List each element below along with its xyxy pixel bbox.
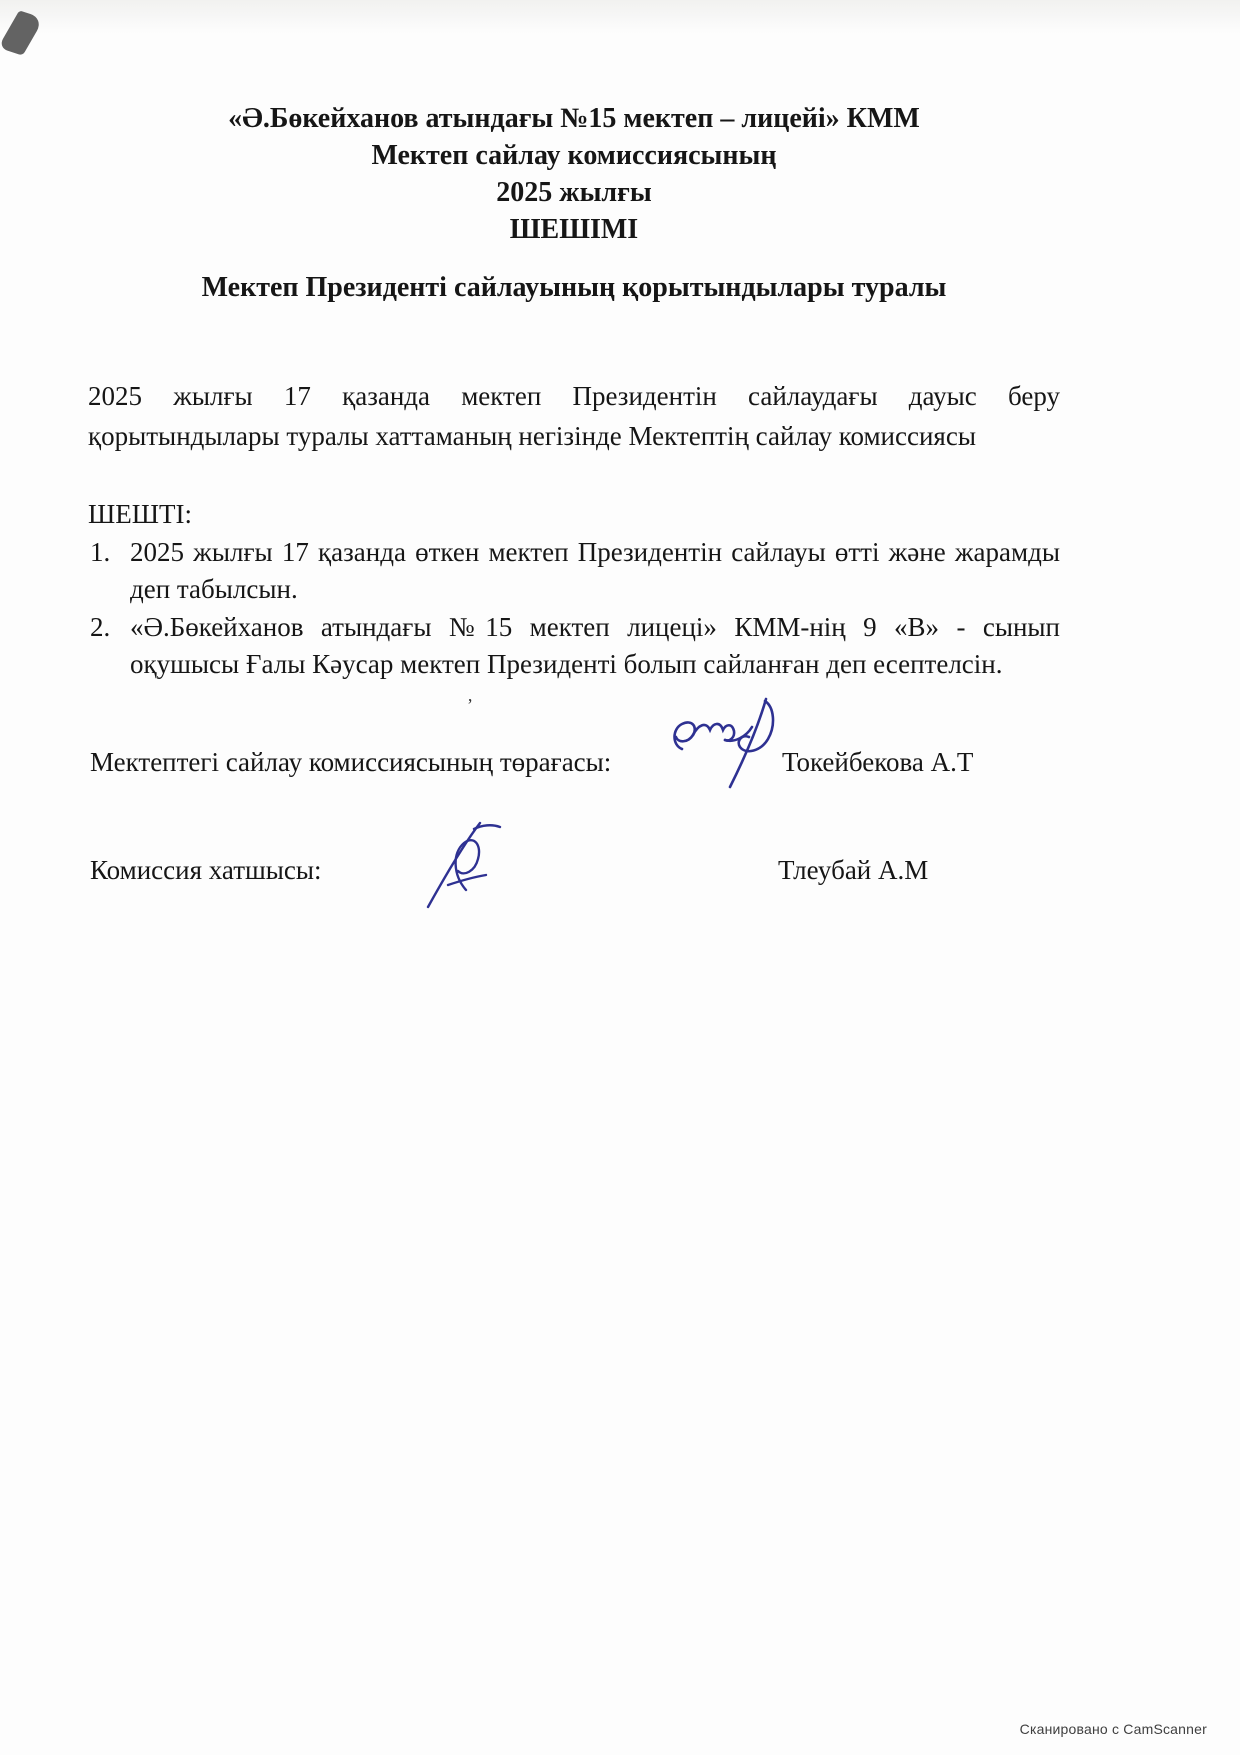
intro-paragraph: 2025 жылғы 17 қазанда мектеп Президентін… xyxy=(88,376,1060,456)
header-decision-title: ШЕШІМІ xyxy=(88,211,1060,248)
decision-number-2: 2. xyxy=(90,609,110,646)
chairman-role-label: Мектептегі сайлау комиссиясының төрағасы… xyxy=(90,747,611,778)
decided-label: ШЕШТІ: xyxy=(88,496,1060,533)
decision-number-1: 1. xyxy=(90,534,110,571)
secretary-signature-row: Комиссия хатшысы: Тлеубай А.М xyxy=(88,833,1060,953)
secretary-role-label: Комиссия хатшысы: xyxy=(90,855,322,886)
decision-text-2: «Ә.Бөкейханов атындағы №15 мектеп лицеці… xyxy=(130,612,1060,679)
chairman-name: Токейбекова А.Т xyxy=(782,747,973,778)
document-subject: Мектеп Президенті сайлауының қорытындыла… xyxy=(88,269,1060,306)
header-commission-line: Мектеп сайлау комиссиясының xyxy=(88,137,1060,174)
secretary-name: Тлеубай А.М xyxy=(778,855,928,886)
document-content: «Ә.Бөкейханов атындағы №15 мектеп – лице… xyxy=(88,100,1060,953)
header-year-line: 2025 жылғы xyxy=(88,174,1060,211)
scan-speck: ʼ xyxy=(467,695,473,716)
decision-item-2: 2. «Ә.Бөкейханов атындағы №15 мектеп лиц… xyxy=(88,609,1060,683)
secretary-signature-icon xyxy=(408,815,518,915)
chairman-signature-icon xyxy=(668,697,788,792)
decision-item-1: 1. 2025 жылғы 17 қазанда өткен мектеп Пр… xyxy=(88,534,1060,608)
scanned-document-page: «Ә.Бөкейханов атындағы №15 мектеп – лице… xyxy=(0,0,1240,1755)
chairman-signature-row: Мектептегі сайлау комиссиясының төрағасы… xyxy=(88,725,1060,845)
document-header: «Ә.Бөкейханов атындағы №15 мектеп – лице… xyxy=(88,100,1060,248)
header-org-line: «Ә.Бөкейханов атындағы №15 мектеп – лице… xyxy=(88,100,1060,137)
scan-noise-band xyxy=(0,0,1240,34)
decision-list: 1. 2025 жылғы 17 қазанда өткен мектеп Пр… xyxy=(88,534,1060,683)
decision-text-1: 2025 жылғы 17 қазанда өткен мектеп Прези… xyxy=(130,537,1060,604)
camscanner-watermark: Сканировано с CamScanner xyxy=(1020,1721,1207,1737)
